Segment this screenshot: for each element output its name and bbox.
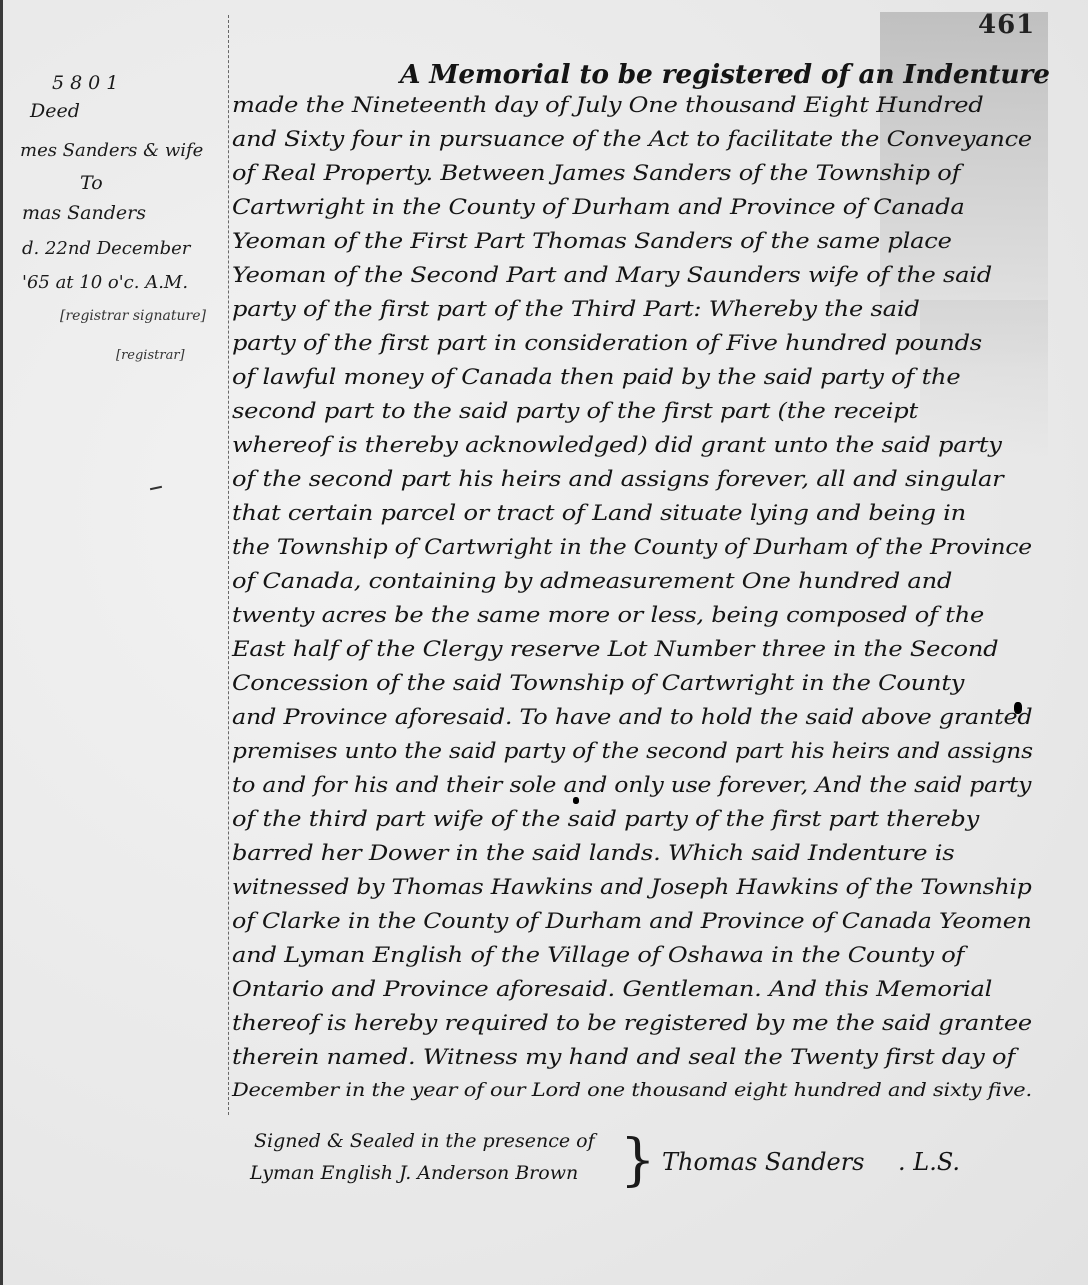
brace-mark: } (620, 1130, 656, 1192)
text-line: witnessed by Thomas Hawkins and Joseph H… (232, 875, 1032, 899)
ink-blot (573, 797, 579, 804)
page-number: 461 (978, 10, 1035, 40)
witness-label: Signed & Sealed in the presence of (254, 1130, 595, 1152)
text-line: twenty acres be the same more or less, b… (232, 603, 984, 627)
text-line: party of the first part of the Third Par… (232, 297, 920, 321)
witness-names: Lyman English J. Anderson Brown (250, 1162, 578, 1184)
scan-edge (0, 0, 3, 1285)
text-line: of the third part wife of the said party… (232, 807, 979, 831)
signature-block: Signed & Sealed in the presence of Lyman… (232, 1130, 1062, 1200)
text-line: Yeoman of the First Part Thomas Sanders … (232, 229, 952, 253)
margin-note: mes Sanders & wife (20, 140, 203, 161)
text-line: made the Nineteenth day of July One thou… (232, 93, 984, 117)
signer-signature: Thomas Sanders (662, 1148, 865, 1176)
memorial-title: A Memorial to be registered of an Indent… (400, 60, 1050, 90)
text-line: party of the first part in consideration… (232, 331, 982, 355)
margin-note: Deed (30, 100, 80, 122)
text-line: of Canada, containing by admeasurement O… (232, 569, 952, 593)
ink-mark (150, 486, 162, 490)
margin-note: mas Sanders (22, 202, 146, 224)
margin-note: '65 at 10 o'c. A.M. (22, 272, 188, 293)
text-line: that certain parcel or tract of Land sit… (232, 501, 966, 525)
registrar-signature: [registrar signature] (60, 308, 206, 324)
text-line: East half of the Clergy reserve Lot Numb… (232, 637, 998, 661)
margin-note: d. 22nd December (22, 238, 190, 259)
text-line: Yeoman of the Second Part and Mary Saund… (232, 263, 992, 287)
text-line: thereof is hereby required to be registe… (232, 1011, 1032, 1035)
registry-number: 5801 (52, 72, 124, 94)
text-line: the Township of Cartwright in the County… (232, 535, 1032, 559)
text-line: and Sixty four in pursuance of the Act t… (232, 127, 1032, 151)
text-line: whereof is thereby acknowledged) did gra… (232, 433, 1002, 457)
text-line: of Clarke in the County of Durham and Pr… (232, 909, 1032, 933)
text-line: December in the year of our Lord one tho… (232, 1079, 1032, 1101)
text-line: of the second part his heirs and assigns… (232, 467, 1003, 491)
margin-note: To (80, 172, 103, 194)
scanned-document-page: 461 5801 Deed mes Sanders & wife To mas … (0, 0, 1088, 1285)
margin-rule (228, 15, 229, 1115)
text-line: Concession of the said Township of Cartw… (232, 671, 964, 695)
text-line: therein named. Witness my hand and seal … (232, 1045, 1015, 1069)
text-line: of Real Property. Between James Sanders … (232, 161, 960, 185)
text-line: to and for his and their sole and only u… (232, 773, 1031, 797)
text-line: barred her Dower in the said lands. Whic… (232, 841, 954, 865)
text-line: of lawful money of Canada then paid by t… (232, 365, 960, 389)
text-line: second part to the said party of the fir… (232, 399, 918, 423)
registrar-title: [registrar] (116, 348, 185, 363)
ink-blot (1014, 702, 1022, 714)
text-line: Ontario and Province aforesaid. Gentlema… (232, 977, 992, 1001)
text-line: and Lyman English of the Village of Osha… (232, 943, 964, 967)
text-line: premises unto the said party of the seco… (232, 739, 1033, 763)
text-line: Cartwright in the County of Durham and P… (232, 195, 965, 219)
seal-mark: . L.S. (898, 1148, 960, 1176)
text-line: and Province aforesaid. To have and to h… (232, 705, 1032, 729)
